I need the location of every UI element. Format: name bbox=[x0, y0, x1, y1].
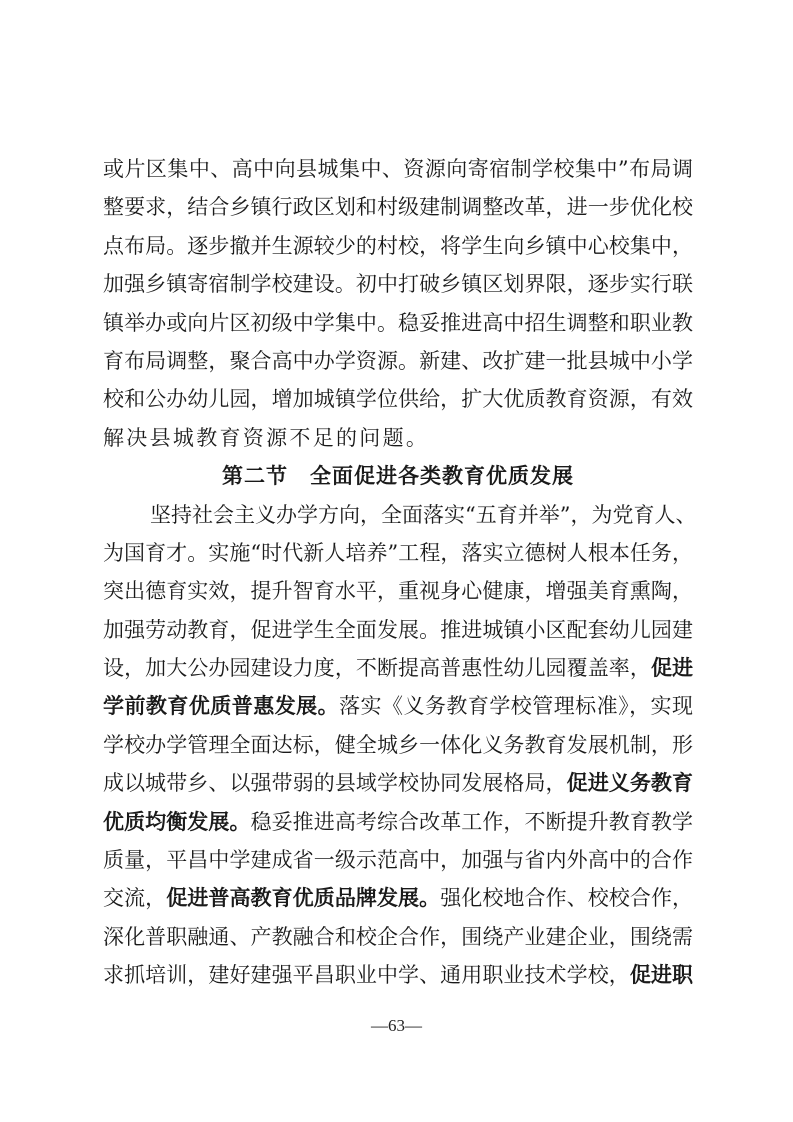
text-line: 突出德育实效，提升智育水平，重视身心健康，增强美育熏陶， bbox=[103, 572, 693, 610]
text-run: 解决县城教育资源不足的问题。 bbox=[103, 426, 429, 450]
text-run: 镇举办或向片区初级中学集中。稳妥推进高中招生调整和职业教 bbox=[103, 311, 693, 335]
text-run: 育布局调整，聚合高中办学资源。新建、改扩建一批县城中小学 bbox=[103, 349, 693, 373]
text-line: 坚持社会主义办学方向，全面落实“五育并举”，为党育人、 bbox=[103, 496, 693, 534]
text-run: 加强乡镇寄宿制学校建设。初中打破乡镇区划界限，逐步实行联 bbox=[103, 272, 693, 296]
body-text: 或片区集中、高中向县城集中、资源向寄宿制学校集中”布局调整要求，结合乡镇行政区划… bbox=[103, 150, 693, 995]
text-line: 加强乡镇寄宿制学校建设。初中打破乡镇区划界限，逐步实行联 bbox=[103, 265, 693, 303]
text-run: 坚持社会主义办学方向，全面落实“五育并举”，为党育人、 bbox=[150, 503, 696, 527]
text-line: 深化普职融通、产教融合和校企合作，围绕产业建企业，围绕需 bbox=[103, 918, 693, 956]
text-line: 或片区集中、高中向县城集中、资源向寄宿制学校集中”布局调 bbox=[103, 150, 693, 188]
text-line: 质量，平昌中学建成省一级示范高中，加强与省内外高中的合作 bbox=[103, 841, 693, 879]
document-page: 或片区集中、高中向县城集中、资源向寄宿制学校集中”布局调整要求，结合乡镇行政区划… bbox=[0, 0, 793, 1122]
page-number: —63— bbox=[0, 1016, 793, 1036]
text-run: 强化校地合作、校校合作， bbox=[440, 886, 693, 910]
text-line: 求抓培训，建好建强平昌职业中学、通用职业技术学校，促进职 bbox=[103, 956, 693, 994]
text-line: 加强劳动教育，促进学生全面发展。推进城镇小区配套幼儿园建 bbox=[103, 611, 693, 649]
text-run: 成以城带乡、以强带弱的县域学校协同发展格局， bbox=[103, 771, 567, 795]
section-heading: 第二节 全面促进各类教育优质发展 bbox=[103, 457, 693, 495]
text-run: 质量，平昌中学建成省一级示范高中，加强与省内外高中的合作 bbox=[103, 848, 693, 872]
text-line: 整要求，结合乡镇行政区划和村级建制调整改革，进一步优化校 bbox=[103, 188, 693, 226]
bold-text: 促进普高教育优质品牌发展。 bbox=[166, 886, 440, 910]
text-line: 点布局。逐步撤并生源较少的村校，将学生向乡镇中心校集中， bbox=[103, 227, 693, 265]
text-line: 育布局调整，聚合高中办学资源。新建、改扩建一批县城中小学 bbox=[103, 342, 693, 380]
bold-text: 促进职 bbox=[630, 963, 693, 987]
bold-text: 学前教育优质普惠发展。 bbox=[103, 694, 339, 718]
text-line: 优质均衡发展。稳妥推进高考综合改革工作，不断提升教育教学 bbox=[103, 803, 693, 841]
text-run: 为国育才。实施“时代新人培养”工程，落实立德树人根本任务， bbox=[103, 541, 693, 565]
text-run: 设，加大公办园建设力度，不断提高普惠性幼儿园覆盖率， bbox=[103, 656, 651, 680]
text-run: 校和公办幼儿园，增加城镇学位供给，扩大优质教育资源，有效 bbox=[103, 387, 693, 411]
text-run: 突出德育实效，提升智育水平，重视身心健康，增强美育熏陶， bbox=[103, 579, 693, 603]
text-run: 整要求，结合乡镇行政区划和村级建制调整改革，进一步优化校 bbox=[103, 195, 693, 219]
text-run: 深化普职融通、产教融合和校企合作，围绕产业建企业，围绕需 bbox=[103, 925, 693, 949]
text-line: 学前教育优质普惠发展。落实《义务教育学校管理标准》，实现 bbox=[103, 687, 693, 725]
text-line: 设，加大公办园建设力度，不断提高普惠性幼儿园覆盖率，促进 bbox=[103, 649, 693, 687]
bold-text: 促进义务教育 bbox=[567, 771, 693, 795]
bold-text: 优质均衡发展。 bbox=[103, 810, 251, 834]
bold-text: 促进 bbox=[651, 656, 693, 680]
text-run: 稳妥推进高考综合改革工作，不断提升教育教学 bbox=[251, 810, 693, 834]
text-line: 交流，促进普高教育优质品牌发展。强化校地合作、校校合作， bbox=[103, 879, 693, 917]
text-run: 交流， bbox=[103, 886, 166, 910]
text-line: 成以城带乡、以强带弱的县域学校协同发展格局，促进义务教育 bbox=[103, 764, 693, 802]
text-run: 学校办学管理全面达标，健全城乡一体化义务教育发展机制，形 bbox=[103, 733, 693, 757]
text-line: 为国育才。实施“时代新人培养”工程，落实立德树人根本任务， bbox=[103, 534, 693, 572]
text-run: 加强劳动教育，促进学生全面发展。推进城镇小区配套幼儿园建 bbox=[103, 618, 693, 642]
text-line: 学校办学管理全面达标，健全城乡一体化义务教育发展机制，形 bbox=[103, 726, 693, 764]
text-line: 解决县城教育资源不足的问题。 bbox=[103, 419, 693, 457]
text-run: 求抓培训，建好建强平昌职业中学、通用职业技术学校， bbox=[103, 963, 630, 987]
text-line: 镇举办或向片区初级中学集中。稳妥推进高中招生调整和职业教 bbox=[103, 304, 693, 342]
text-line: 校和公办幼儿园，增加城镇学位供给，扩大优质教育资源，有效 bbox=[103, 380, 693, 418]
text-run: 点布局。逐步撤并生源较少的村校，将学生向乡镇中心校集中， bbox=[103, 234, 693, 258]
text-run: 落实《义务教育学校管理标准》，实现 bbox=[339, 694, 693, 718]
text-run: 或片区集中、高中向县城集中、资源向寄宿制学校集中”布局调 bbox=[103, 157, 693, 181]
